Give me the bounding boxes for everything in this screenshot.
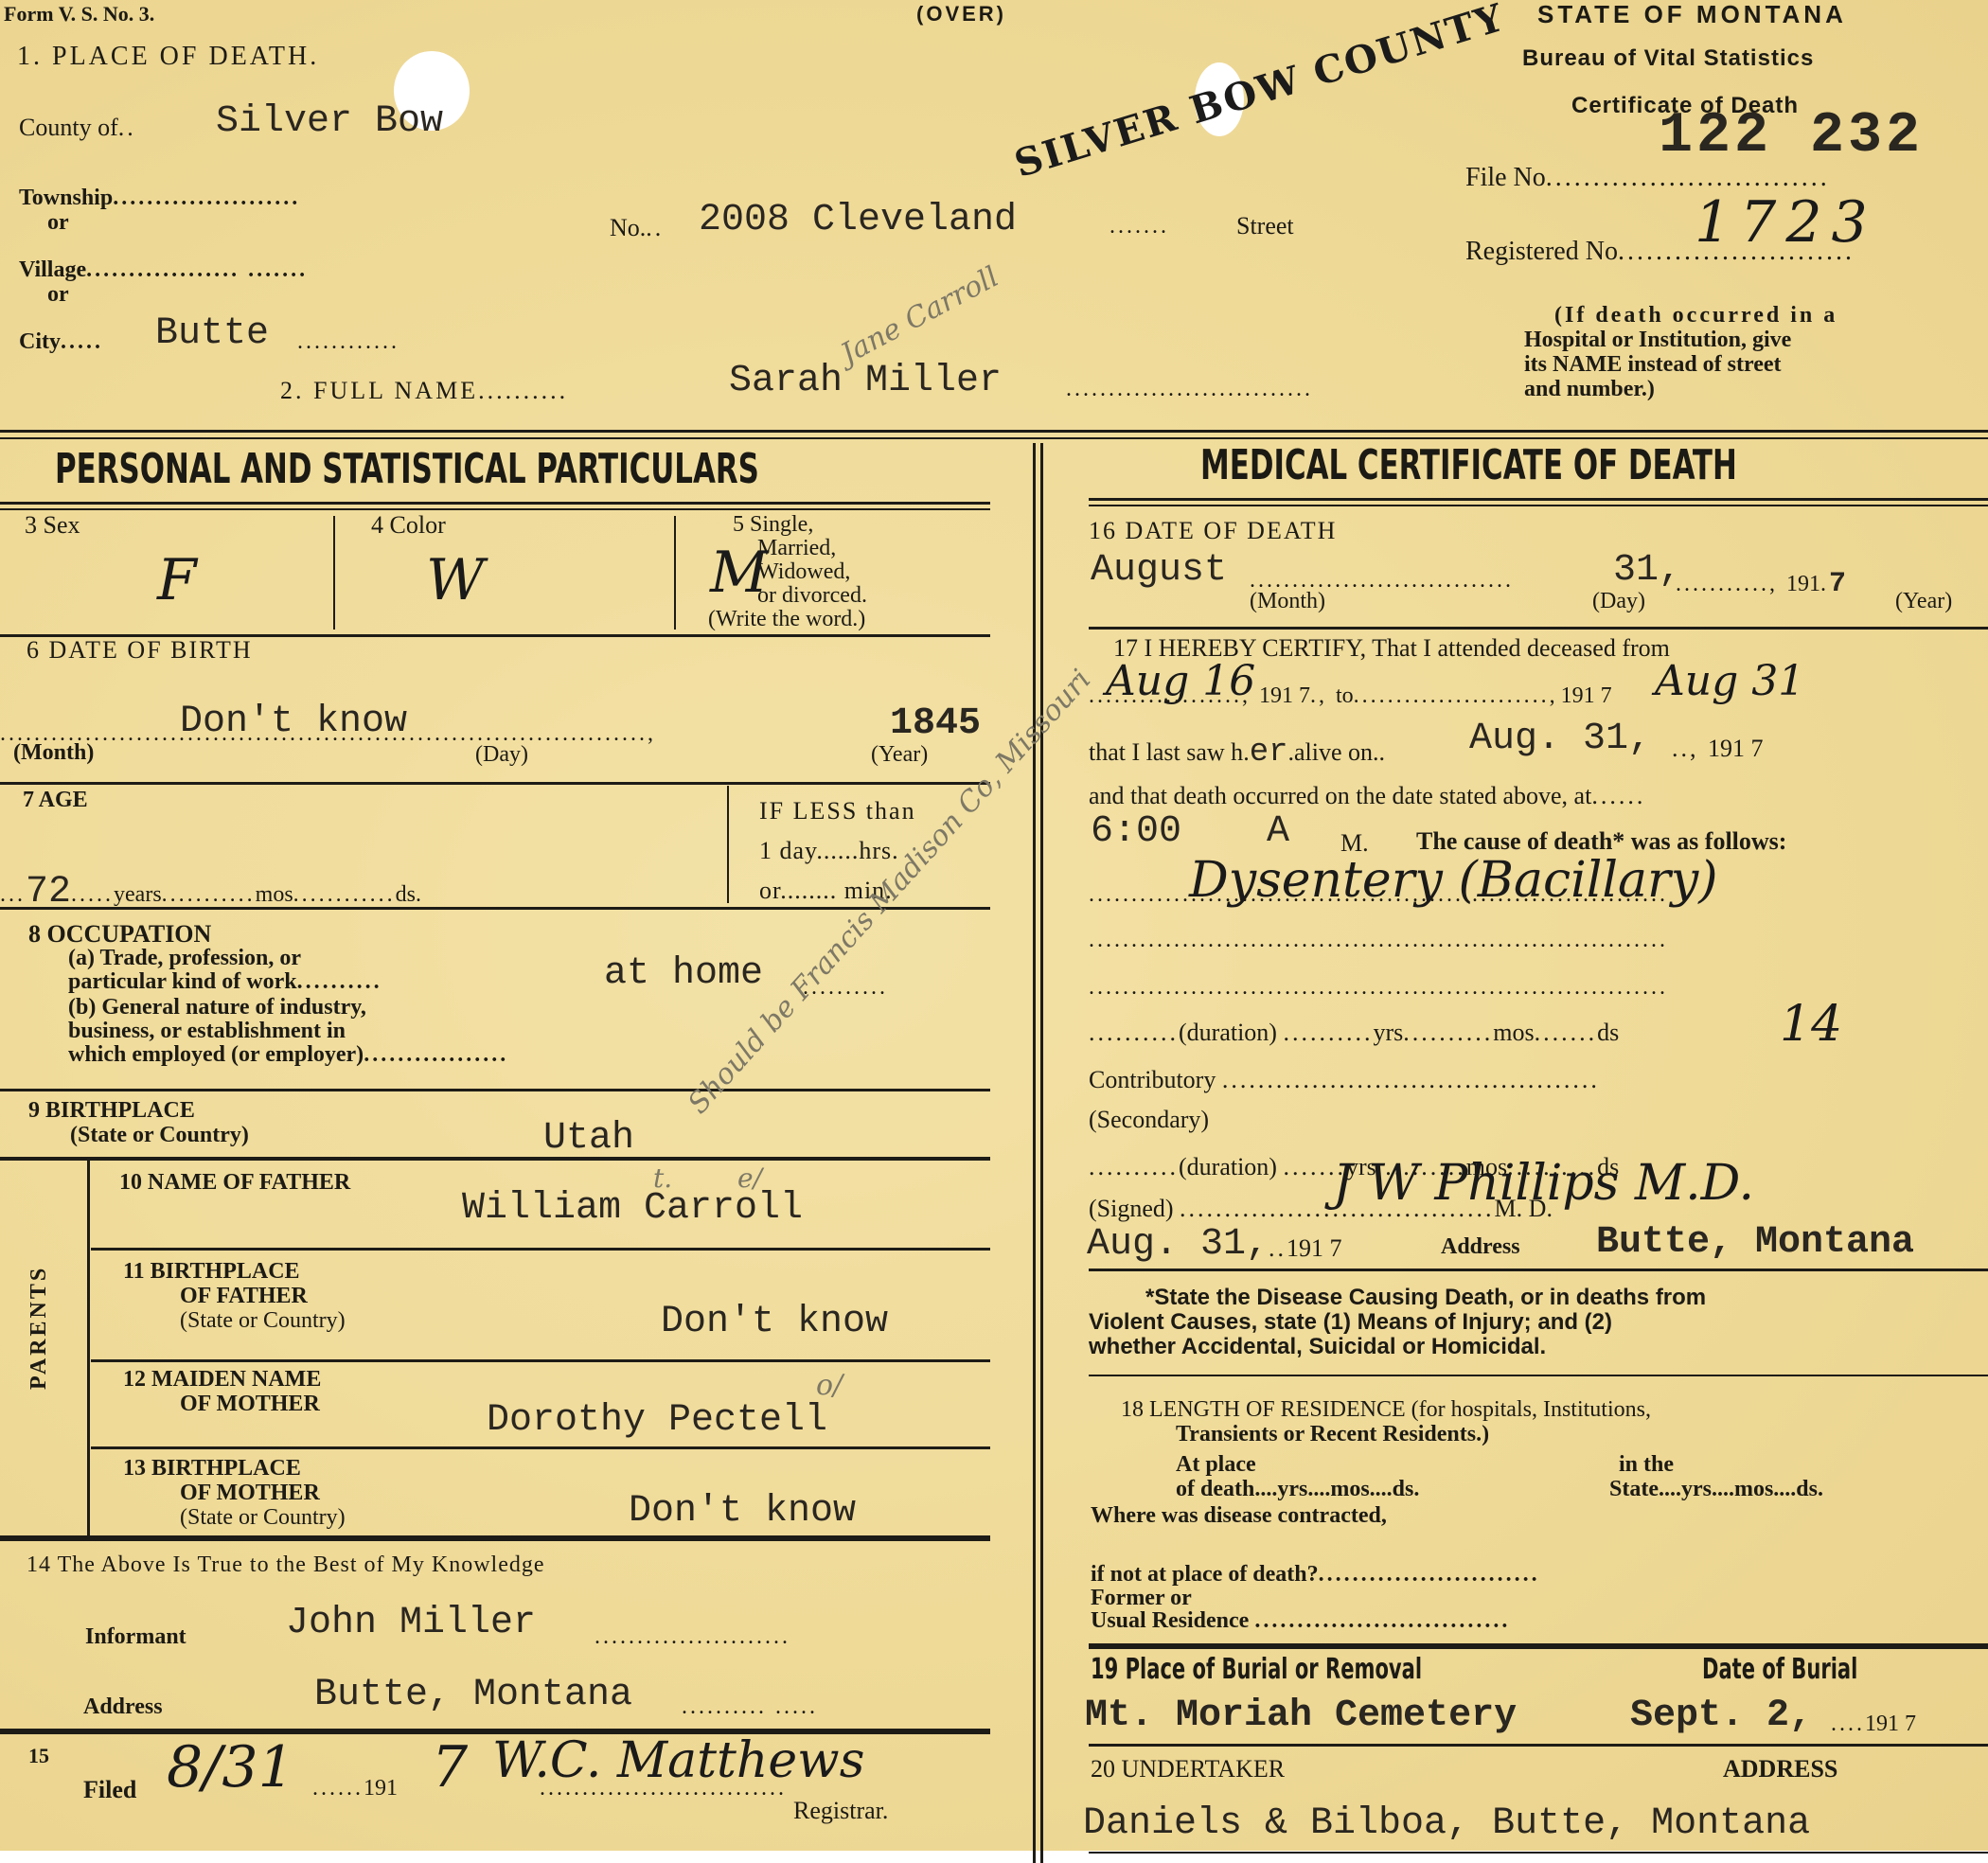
hospital-note: (If death occurred in a Hospital or Inst…	[1524, 303, 1979, 401]
burial-place-value: Mt. Moriah Cemetery	[1085, 1694, 1517, 1737]
affirm-label: 14 The Above Is True to the Best of My K…	[27, 1552, 545, 1578]
street-label: Street	[1236, 212, 1294, 240]
filed-number: 15	[28, 1744, 49, 1768]
informant-address-value: Butte, Montana	[314, 1674, 632, 1716]
certificate-stamped-number: 122 232	[1659, 104, 1924, 169]
father-birthplace-value: Don't know	[661, 1301, 888, 1343]
over-label: (OVER)	[916, 2, 1006, 27]
occupation-value: at home	[604, 952, 763, 995]
dob-month-label: (Month)	[13, 740, 94, 766]
dod-label: 16 DATE OF DEATH	[1089, 517, 1337, 545]
dod-day-value: 31,	[1613, 549, 1681, 592]
parents-side-label: PARENTS	[27, 1266, 52, 1390]
state-title: STATE OF MONTANA	[1537, 0, 1847, 29]
mother-name-value: Dorothy Pectell	[487, 1399, 827, 1442]
full-name-dots: .............................	[1066, 377, 1313, 402]
dod-month-label: (Month)	[1250, 589, 1325, 614]
physician-address-label: Address	[1441, 1234, 1520, 1260]
dod-month-value: August	[1091, 549, 1227, 592]
dob-year-label: (Year)	[871, 742, 928, 768]
disease-contracted-label-1: Where was disease contracted,	[1091, 1503, 1387, 1529]
father-name-label: 10 NAME OF FATHER	[119, 1170, 350, 1196]
form-number: Form V. S. No. 3.	[4, 2, 154, 27]
contributory-label: Contributory ...........................…	[1089, 1066, 1600, 1094]
physician-address-value: Butte, Montana	[1596, 1221, 1914, 1264]
street-no-label: No...	[610, 214, 664, 242]
cause-dots-1: ........................................…	[1089, 882, 1668, 908]
informant-dots: .......................	[595, 1624, 790, 1650]
dod-year-label: (Year)	[1895, 589, 1952, 614]
city-label: City.....	[19, 329, 103, 355]
city-value: Butte	[155, 312, 269, 355]
full-name-label: 2. FULL NAME..........	[280, 377, 568, 405]
informant-label: Informant	[85, 1624, 186, 1650]
street-dots: .......	[1109, 214, 1169, 240]
informant-address-label: Address	[83, 1694, 163, 1720]
bureau-title: Bureau of Vital Statistics	[1522, 45, 1814, 72]
mother-name-label: 12 MAIDEN NAME OF MOTHER	[123, 1367, 321, 1416]
father-birthplace-label: 11 BIRTHPLACE OF FATHER (State or Countr…	[123, 1259, 346, 1333]
former-residence-label: Former or Usual Residence ..............…	[1091, 1587, 1510, 1632]
marital-status-value: M	[710, 540, 768, 606]
mother-birthplace-label: 13 BIRTHPLACE OF MOTHER (State or Countr…	[123, 1456, 346, 1530]
physician-signature: J W Phillips M.D.	[1333, 1155, 1754, 1212]
medical-heading: MEDICAL CERTIFICATE OF DEATH	[1200, 441, 1737, 489]
undertaker-value: Daniels & Bilboa, Butte, Montana	[1083, 1802, 1810, 1845]
burial-place-label: 19 Place of Burial or Removal	[1091, 1653, 1422, 1686]
occupation-a-label: (a) Trade, profession, or particular kin…	[68, 947, 382, 994]
mother-birthplace-value: Don't know	[629, 1490, 856, 1533]
pencil-note-father: t. e/	[653, 1162, 762, 1194]
cause-dots-3: ........................................…	[1089, 975, 1668, 1001]
filed-year: ......191	[312, 1776, 398, 1801]
occurred-text: and that death occurred on the date stat…	[1089, 782, 1645, 810]
dod-day-label: (Day)	[1592, 589, 1645, 614]
place-of-death-label: 1. PLACE OF DEATH.	[17, 42, 319, 72]
street-address-value: 2008 Cleveland	[699, 199, 1017, 241]
dob-label: 6 DATE OF BIRTH	[27, 636, 253, 665]
color-value: W	[426, 547, 485, 613]
signed-year: ..191 7	[1269, 1234, 1342, 1263]
time-of-death: 6:00	[1091, 810, 1181, 853]
sex-label: 3 Sex	[25, 511, 80, 540]
county-value: Silver Bow	[216, 100, 443, 143]
dod-year: ..........., 191.7	[1676, 568, 1846, 600]
or-label-1: or	[47, 210, 69, 236]
filed-label: Filed	[83, 1776, 136, 1804]
occupation-b-label: (b) General nature of industry, business…	[68, 996, 508, 1067]
city-dots: ............	[297, 329, 399, 355]
dob-day-label: (Day)	[475, 742, 528, 768]
signed-date-value: Aug. 31,	[1087, 1223, 1269, 1266]
informant-value: John Miller	[286, 1602, 536, 1644]
secondary-label: (Secondary)	[1089, 1106, 1209, 1134]
disease-contracted-label-2: if not at place of death?...............…	[1091, 1562, 1540, 1588]
last-saw-row: that I last saw h.er.alive on..	[1089, 735, 1385, 771]
burial-date-label: Date of Burial	[1702, 1653, 1857, 1686]
cause-footnote: *State the Disease Causing Death, or in …	[1089, 1286, 1706, 1359]
county-label: County of..	[19, 114, 136, 142]
attended-to-value: Aug 31	[1655, 657, 1804, 705]
registrar-label: Registrar.	[793, 1797, 888, 1825]
birthplace-label: 9 BIRTHPLACE (State or Country)	[28, 1098, 249, 1147]
duration-row: ..........(duration) ..........yrs......…	[1089, 1019, 1619, 1047]
filed-date-value: 8/31	[167, 1734, 294, 1801]
sex-value: F	[157, 547, 197, 613]
last-saw-year: .., 191 7	[1672, 735, 1764, 763]
or-label-2: or	[47, 282, 69, 308]
in-state-label: in the State....yrs....mos....ds.	[1609, 1452, 1823, 1501]
informant-address-dots: .......... .....	[682, 1694, 818, 1720]
color-label: 4 Color	[371, 511, 446, 540]
dob-year: 1845	[890, 702, 981, 745]
township-label: Township......................	[19, 186, 300, 211]
duration-days-value: 14	[1780, 996, 1842, 1053]
personal-heading: PERSONAL AND STATISTICAL PARTICULARS	[55, 445, 759, 493]
at-place-label: At place of death....yrs....mos....ds.	[1176, 1452, 1419, 1501]
residence-label: 18 LENGTH OF RESIDENCE (for hospitals, I…	[1121, 1397, 1651, 1446]
pencil-note-mother: o/	[816, 1369, 843, 1402]
cause-dots-2: ........................................…	[1089, 928, 1668, 953]
registrar-dots: .............................	[540, 1776, 787, 1801]
full-name-value: Sarah Miller	[729, 360, 1002, 402]
attended-from-row: .................., 191 7., to..........…	[1089, 683, 1612, 709]
dob-value: Don't know	[180, 701, 407, 743]
age-label: 7 AGE	[23, 788, 88, 813]
burial-year: ....191 7	[1831, 1712, 1916, 1737]
undertaker-label: 20 UNDERTAKER	[1091, 1755, 1285, 1783]
burial-date-value: Sept. 2,	[1630, 1694, 1812, 1737]
time-am-pm: A	[1267, 810, 1289, 853]
filed-year-digit: 7	[432, 1734, 468, 1801]
village-label: Village.................. .......	[19, 257, 308, 283]
birthplace-value: Utah	[543, 1117, 634, 1160]
occupation-label: 8 OCCUPATION	[28, 920, 211, 949]
undertaker-address-label: ADDRESS	[1723, 1755, 1837, 1783]
last-saw-date: Aug. 31,	[1469, 718, 1651, 760]
registered-no-value: 1723	[1695, 189, 1877, 256]
